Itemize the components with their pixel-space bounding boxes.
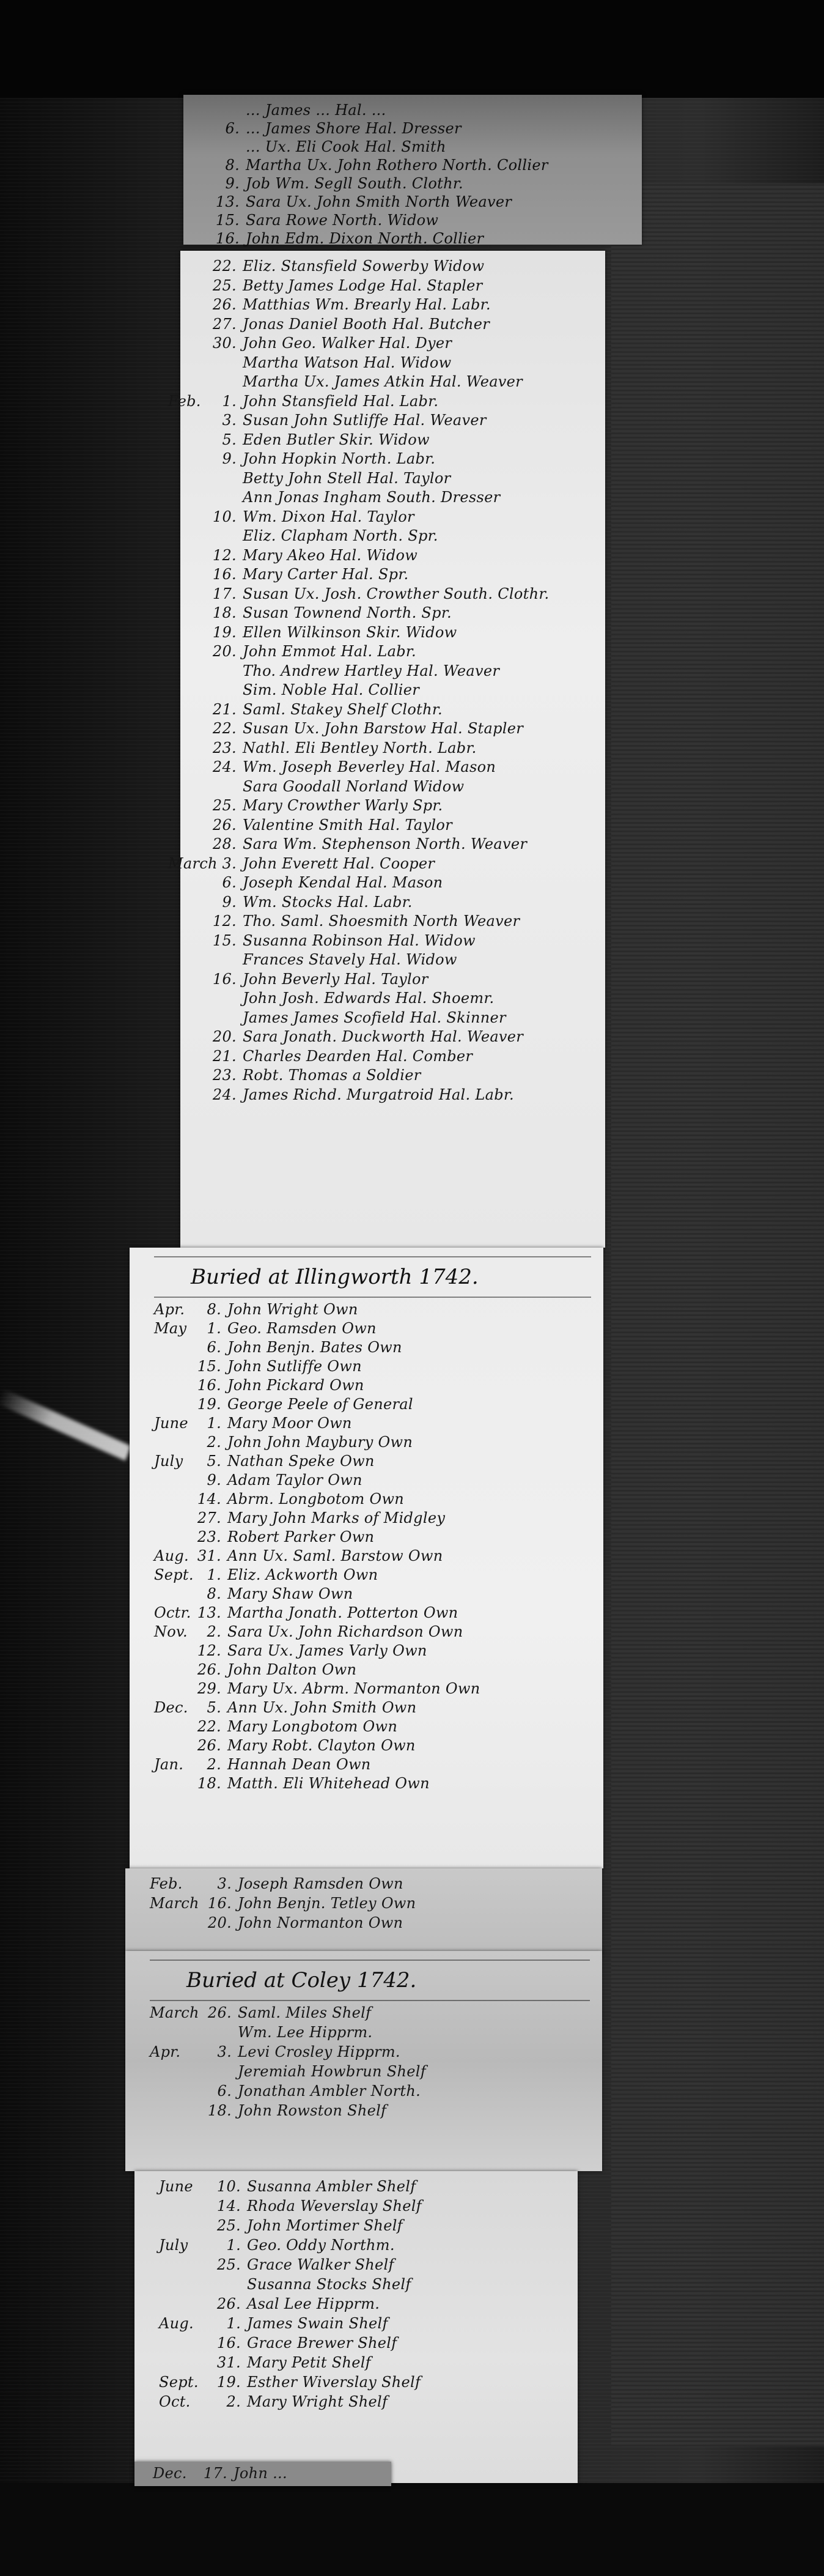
burial-entry: 21.Charles Dearden Hal. Comber xyxy=(205,1047,593,1067)
entry-day: 22. xyxy=(211,719,243,738)
entry-text: Saml. Stakey Shelf Clothr. xyxy=(243,700,443,719)
burial-entry: 23.Nathl. Eli Bentley North. Labr. xyxy=(205,739,593,758)
burial-entry: 22.Mary Longbotom Own xyxy=(154,1717,591,1736)
entry-month: Aug. xyxy=(159,2314,215,2333)
entry-text: Nathan Speke Own xyxy=(227,1452,375,1470)
burial-entry: 3.Susan John Sutliffe Hal. Weaver xyxy=(205,411,593,431)
burial-entry: 16.John Edm. Dixon North. Collier xyxy=(208,229,630,248)
entry-month: Dec. xyxy=(153,2464,202,2482)
entry-text: John Stansfield Hal. Labr. xyxy=(243,392,438,410)
burial-entry: 6.John Benjn. Bates Own xyxy=(154,1338,591,1357)
burial-entry: 17.Susan Ux. Josh. Crowther South. Cloth… xyxy=(205,585,593,604)
entry-day: 16. xyxy=(215,2334,247,2352)
burial-entry: Jan.2.Hannah Dean Own xyxy=(154,1755,591,1774)
entry-day: 2. xyxy=(215,2393,247,2411)
burial-entry: 31.Mary Petit Shelf xyxy=(159,2353,565,2373)
burial-entry: 19.George Peele of General xyxy=(154,1395,591,1414)
entry-day: 14. xyxy=(215,2197,247,2215)
burial-entry: James James Scofield Hal. Skinner xyxy=(205,1009,593,1028)
entry-text: John Josh. Edwards Hal. Shoemr. xyxy=(243,989,494,1007)
entry-day: 26. xyxy=(211,295,243,314)
entry-day: 22. xyxy=(211,257,243,275)
burial-entry: Sara Goodall Norland Widow xyxy=(205,777,593,797)
entry-day: 9. xyxy=(211,893,243,911)
entry-day: 3. xyxy=(206,2043,238,2061)
entry-month: Sept. xyxy=(154,1566,196,1584)
burial-entry: 6.... James Shore Hal. Dresser xyxy=(208,119,630,138)
entry-text: Asal Lee Hipprm. xyxy=(247,2295,380,2313)
entry-text: Susanna Robinson Hal. Widow xyxy=(243,931,476,950)
burial-entry: Aug.31.Ann Ux. Saml. Barstow Own xyxy=(154,1547,591,1566)
entry-month: Feb. xyxy=(168,392,211,410)
burial-entry: 12.Tho. Saml. Shoesmith North Weaver xyxy=(205,912,593,931)
burial-entry: 25.Betty James Lodge Hal. Stapler xyxy=(205,276,593,296)
burial-entry: Eliz. Clapham North. Spr. xyxy=(205,527,593,546)
entry-text: ... Ux. Eli Cook Hal. Smith xyxy=(246,138,446,156)
entry-month: Dec. xyxy=(154,1698,196,1717)
entry-text: Susan Townend North. Spr. xyxy=(243,604,452,622)
burial-entry: Martha Ux. James Atkin Hal. Weaver xyxy=(205,372,593,392)
entry-day: 16. xyxy=(196,1376,227,1394)
entry-day: 6. xyxy=(196,1338,227,1356)
entry-text: Sara Goodall Norland Widow xyxy=(243,777,464,796)
burial-entry: May1.Geo. Ramsden Own xyxy=(154,1319,591,1338)
entry-text: James Richd. Murgatroid Hal. Labr. xyxy=(243,1086,514,1104)
entry-text: Susan Ux. John Barstow Hal. Stapler xyxy=(243,719,523,738)
entry-day: 12. xyxy=(196,1641,227,1660)
entry-day: 13. xyxy=(214,193,246,211)
entry-text: John Wright Own xyxy=(227,1300,358,1319)
burial-entry: 2.John John Maybury Own xyxy=(154,1433,591,1452)
burial-entry: ... James ... Hal. ... xyxy=(208,101,630,119)
entry-text: Eliz. Ackworth Own xyxy=(227,1566,378,1584)
burial-entry: March26.Saml. Miles Shelf xyxy=(150,2004,590,2023)
entry-day: 1. xyxy=(211,392,243,410)
entry-day: 15. xyxy=(196,1357,227,1375)
burial-entry: Apr.8.John Wright Own xyxy=(154,1300,591,1319)
entry-day: 26. xyxy=(196,1660,227,1679)
entry-day: 2. xyxy=(196,1623,227,1641)
entry-day: 29. xyxy=(196,1679,227,1698)
entry-text: Grace Walker Shelf xyxy=(247,2256,394,2274)
entry-day: 8. xyxy=(196,1300,227,1319)
burial-entry: 25.Grace Walker Shelf xyxy=(159,2256,565,2275)
entry-text: Sim. Noble Hal. Collier xyxy=(243,681,419,699)
entry-text: Geo. Ramsden Own xyxy=(227,1319,377,1338)
entry-text: Sara Jonath. Duckworth Hal. Weaver xyxy=(243,1027,523,1046)
burial-entry: Sept.1.Eliz. Ackworth Own xyxy=(154,1566,591,1585)
entry-day: 3. xyxy=(211,854,243,873)
burial-entry: 26.Mary Robt. Clayton Own xyxy=(154,1736,591,1755)
burial-entry: Susanna Stocks Shelf xyxy=(159,2275,565,2295)
entry-day: 19. xyxy=(215,2373,247,2391)
burial-entry: Oct.2.Mary Wright Shelf xyxy=(159,2393,565,2412)
burial-entry: March3.John Everett Hal. Cooper xyxy=(205,854,593,874)
entry-text: George Peele of General xyxy=(227,1395,413,1413)
film-right-backing xyxy=(611,183,824,2446)
entry-day: 2. xyxy=(196,1755,227,1774)
burial-entry: 19.Ellen Wilkinson Skir. Widow xyxy=(205,623,593,643)
section-heading: Buried at Coley 1742. xyxy=(150,1963,590,1997)
burial-entry: 30.John Geo. Walker Hal. Dyer xyxy=(205,334,593,353)
register-slip-6: June10.Susanna Ambler Shelf14.Rhoda Weve… xyxy=(134,2171,578,2483)
burial-entry: 23.Robt. Thomas a Soldier xyxy=(205,1066,593,1086)
entry-text: John Hopkin North. Labr. xyxy=(243,450,435,468)
entry-text: James James Scofield Hal. Skinner xyxy=(243,1009,506,1027)
entry-day: 25. xyxy=(215,2216,247,2235)
entry-day: 9. xyxy=(214,174,246,193)
burial-entry: July1.Geo. Oddy Northm. xyxy=(159,2236,565,2256)
burial-entry: 8.Mary Shaw Own xyxy=(154,1585,591,1604)
entry-text: Betty James Lodge Hal. Stapler xyxy=(243,276,482,295)
burial-entry: ... Ux. Eli Cook Hal. Smith xyxy=(208,138,630,156)
burial-entry: 20.John Normanton Own xyxy=(150,1914,590,1933)
entry-text: Tho. Andrew Hartley Hal. Weaver xyxy=(243,662,499,680)
entry-day: 10. xyxy=(211,508,243,526)
entry-day: 12. xyxy=(211,912,243,930)
entry-text: Matth. Eli Whitehead Own xyxy=(227,1774,430,1793)
entry-text: John Benjn. Tetley Own xyxy=(238,1894,416,1912)
entry-day: 8. xyxy=(214,156,246,174)
entry-text: John Sutliffe Own xyxy=(227,1357,362,1375)
entry-text: Mary Carter Hal. Spr. xyxy=(243,565,408,583)
ruled-line xyxy=(154,1256,591,1257)
entry-text: Mary Robt. Clayton Own xyxy=(227,1736,416,1755)
burial-entry: Dec.5.Ann Ux. John Smith Own xyxy=(154,1698,591,1717)
burial-entry: 13.Sara Ux. John Smith North Weaver xyxy=(208,193,630,211)
entry-day: 22. xyxy=(196,1717,227,1736)
entry-text: Levi Crosley Hipprm. xyxy=(238,2043,400,2061)
entry-text: Mary Crowther Warly Spr. xyxy=(243,796,443,815)
entry-month: March xyxy=(150,2004,206,2022)
entry-text: Mary Petit Shelf xyxy=(247,2353,371,2372)
burial-entry: Ann Jonas Ingham South. Dresser xyxy=(205,488,593,508)
entry-text: Susanna Stocks Shelf xyxy=(247,2275,411,2293)
entry-text: Sara Wm. Stephenson North. Weaver xyxy=(243,835,527,853)
entry-day: 1. xyxy=(215,2314,247,2333)
entry-day: 6. xyxy=(214,119,246,138)
entry-month: July xyxy=(154,1452,196,1470)
entry-text: Eliz. Clapham North. Spr. xyxy=(243,527,438,545)
entry-day: 13. xyxy=(196,1604,227,1622)
burial-entry: June1.Mary Moor Own xyxy=(154,1414,591,1433)
entry-day: 17. xyxy=(211,585,243,603)
entry-text: John Everett Hal. Cooper xyxy=(243,854,435,873)
entry-text: Valentine Smith Hal. Taylor xyxy=(243,816,452,834)
entry-text: Wm. Joseph Beverley Hal. Mason xyxy=(243,758,496,776)
entry-day: 18. xyxy=(206,2101,238,2120)
burial-entry: 16.Mary Carter Hal. Spr. xyxy=(205,565,593,585)
entry-text: Sara Rowe North. Widow xyxy=(246,211,438,229)
burial-entry: 26.John Dalton Own xyxy=(154,1660,591,1679)
entry-day: 9. xyxy=(196,1471,227,1489)
burial-entry: Dec.17.John ... xyxy=(153,2464,391,2482)
burial-entry: 20.Sara Jonath. Duckworth Hal. Weaver xyxy=(205,1027,593,1047)
entry-month: June xyxy=(154,1414,196,1432)
entry-month: Oct. xyxy=(159,2393,215,2411)
burial-entry: Nov.2.Sara Ux. John Richardson Own xyxy=(154,1623,591,1641)
entry-text: Ann Jonas Ingham South. Dresser xyxy=(243,488,500,506)
entry-day: 15. xyxy=(214,211,246,229)
burial-entry: March16.John Benjn. Tetley Own xyxy=(150,1894,590,1914)
entry-day: 17. xyxy=(202,2464,234,2482)
burial-entry: 8.Martha Ux. John Rothero North. Collier xyxy=(208,156,630,174)
entry-day: 9. xyxy=(211,450,243,468)
entry-day: 21. xyxy=(211,700,243,719)
burial-entry: 18.Matth. Eli Whitehead Own xyxy=(154,1774,591,1793)
burial-entry: 22.Eliz. Stansfield Sowerby Widow xyxy=(205,257,593,276)
entry-text: Ellen Wilkinson Skir. Widow xyxy=(243,623,457,642)
burial-entry: 6.Joseph Kendal Hal. Mason xyxy=(205,873,593,893)
entry-text: Adam Taylor Own xyxy=(227,1471,362,1489)
burial-entry: Frances Stavely Hal. Widow xyxy=(205,950,593,970)
entry-text: John Mortimer Shelf xyxy=(247,2216,403,2235)
entry-text: John Emmot Hal. Labr. xyxy=(243,642,416,661)
burial-entry: 9.Adam Taylor Own xyxy=(154,1471,591,1490)
entry-text: Mary Akeo Hal. Widow xyxy=(243,546,418,564)
burial-entry: 10.Wm. Dixon Hal. Taylor xyxy=(205,508,593,527)
entry-day: 16. xyxy=(211,970,243,988)
entry-text: John ... xyxy=(234,2464,287,2482)
burial-entry: Feb.3.Joseph Ramsden Own xyxy=(150,1875,590,1894)
entry-text: Eden Butler Skir. Widow xyxy=(243,431,430,449)
burial-entry: June10.Susanna Ambler Shelf xyxy=(159,2177,565,2197)
entry-text: Sara Ux. John Richardson Own xyxy=(227,1623,463,1641)
entry-day: 12. xyxy=(211,546,243,564)
burial-entry: 5.Eden Butler Skir. Widow xyxy=(205,431,593,450)
register-slip-illingworth: Buried at Illingworth 1742.Apr.8.John Wr… xyxy=(130,1248,603,1868)
entry-month: Sept. xyxy=(159,2373,215,2391)
entry-day: 19. xyxy=(211,623,243,642)
entry-month: June xyxy=(159,2177,215,2196)
entry-day: 25. xyxy=(215,2256,247,2274)
entry-text: John Pickard Own xyxy=(227,1376,364,1394)
entry-text: Joseph Ramsden Own xyxy=(238,1875,403,1893)
burial-entry: 9.Wm. Stocks Hal. Labr. xyxy=(205,893,593,912)
burial-entry: 21.Saml. Stakey Shelf Clothr. xyxy=(205,700,593,720)
burial-entry: 28.Sara Wm. Stephenson North. Weaver xyxy=(205,835,593,854)
entry-text: Wm. Lee Hipprm. xyxy=(238,2023,372,2041)
entry-day: 31. xyxy=(196,1547,227,1565)
entry-month: July xyxy=(159,2236,215,2254)
entry-day: 6. xyxy=(206,2082,238,2100)
entry-text: Martha Jonath. Potterton Own xyxy=(227,1604,458,1622)
entry-text: Sara Ux. John Smith North Weaver xyxy=(246,193,512,211)
entry-month: Feb. xyxy=(150,1875,206,1893)
entry-text: Ann Ux. Saml. Barstow Own xyxy=(227,1547,443,1565)
entry-month: Octr. xyxy=(154,1604,196,1622)
ruled-line xyxy=(150,1960,590,1961)
entry-text: Frances Stavely Hal. Widow xyxy=(243,950,457,969)
entry-text: Mary Ux. Abrm. Normanton Own xyxy=(227,1679,480,1698)
register-slip-1: ... James ... Hal. ...6.... James Shore … xyxy=(183,95,642,245)
entry-text: Sara Ux. James Varly Own xyxy=(227,1641,427,1660)
entry-text: Esther Wiverslay Shelf xyxy=(247,2373,421,2391)
entry-day: 31. xyxy=(215,2353,247,2372)
entry-day: 26. xyxy=(196,1736,227,1755)
entry-day: 27. xyxy=(211,315,243,333)
entry-day: 23. xyxy=(196,1528,227,1546)
entry-text: ... James ... Hal. ... xyxy=(246,101,386,119)
burial-entry: July5.Nathan Speke Own xyxy=(154,1452,591,1471)
entry-day: 23. xyxy=(211,739,243,757)
entry-month: Aug. xyxy=(154,1547,196,1565)
burial-entry: 22.Susan Ux. John Barstow Hal. Stapler xyxy=(205,719,593,739)
entry-text: John Normanton Own xyxy=(238,1914,403,1932)
burial-entry: 18.Susan Townend North. Spr. xyxy=(205,604,593,623)
film-bottom-border xyxy=(0,2483,824,2576)
burial-entry: 24.James Richd. Murgatroid Hal. Labr. xyxy=(205,1086,593,1105)
entry-month: Apr. xyxy=(150,2043,206,2061)
burial-entry: 15.John Sutliffe Own xyxy=(154,1357,591,1376)
entry-day: 28. xyxy=(211,835,243,853)
entry-text: John John Maybury Own xyxy=(227,1433,413,1451)
entry-day: 27. xyxy=(196,1509,227,1527)
entry-text: John Beverly Hal. Taylor xyxy=(243,970,429,988)
burial-entry: 20.John Emmot Hal. Labr. xyxy=(205,642,593,662)
entry-day: 20. xyxy=(211,642,243,661)
entry-text: Mary Wright Shelf xyxy=(247,2393,388,2411)
entry-day: 6. xyxy=(211,873,243,892)
burial-entry: 18.John Rowston Shelf xyxy=(150,2101,590,2121)
ruled-line xyxy=(150,2000,590,2001)
burial-entry: Sim. Noble Hal. Collier xyxy=(205,681,593,700)
entry-text: Susan Ux. Josh. Crowther South. Clothr. xyxy=(243,585,549,603)
entry-day: 1. xyxy=(196,1319,227,1338)
burial-entry: 12.Sara Ux. James Varly Own xyxy=(154,1641,591,1660)
burial-entry: 23.Robert Parker Own xyxy=(154,1528,591,1547)
entry-day: 3. xyxy=(211,411,243,429)
entry-month: March xyxy=(168,854,211,873)
entry-day: 14. xyxy=(196,1490,227,1508)
burial-entry: 29.Mary Ux. Abrm. Normanton Own xyxy=(154,1679,591,1698)
entry-text: Saml. Miles Shelf xyxy=(238,2004,371,2022)
burial-entry: Jeremiah Howbrun Shelf xyxy=(150,2062,590,2082)
section-heading: Buried at Illingworth 1742. xyxy=(154,1260,591,1294)
entry-text: Abrm. Longbotom Own xyxy=(227,1490,404,1508)
burial-entry: 16.John Pickard Own xyxy=(154,1376,591,1395)
burial-entry: 26.Asal Lee Hipprm. xyxy=(159,2295,565,2314)
entry-day: 24. xyxy=(211,758,243,776)
entry-day: 25. xyxy=(211,796,243,815)
entry-text: Jonas Daniel Booth Hal. Butcher xyxy=(243,315,490,333)
entry-month: Nov. xyxy=(154,1623,196,1641)
entry-text: Job Wm. Segll South. Clothr. xyxy=(246,174,463,193)
entry-day: 1. xyxy=(196,1414,227,1432)
entry-day: 26. xyxy=(215,2295,247,2313)
entry-text: Charles Dearden Hal. Comber xyxy=(243,1047,473,1065)
register-slip-7: Dec.17.John ... xyxy=(134,2462,391,2486)
entry-text: Betty John Stell Hal. Taylor xyxy=(243,469,451,487)
entry-day: 26. xyxy=(206,2004,238,2022)
entry-text: Hannah Dean Own xyxy=(227,1755,371,1774)
entry-day: 23. xyxy=(211,1066,243,1084)
entry-day: 15. xyxy=(211,931,243,950)
burial-entry: 16.John Beverly Hal. Taylor xyxy=(205,970,593,990)
burial-entry: 14.Abrm. Longbotom Own xyxy=(154,1490,591,1509)
entry-day: 5. xyxy=(196,1698,227,1717)
entry-text: Mary Shaw Own xyxy=(227,1585,353,1603)
entry-text: Wm. Stocks Hal. Labr. xyxy=(243,893,413,911)
entry-day: 19. xyxy=(196,1395,227,1413)
entry-text: ... James Shore Hal. Dresser xyxy=(246,119,462,138)
register-slip-2: 22.Eliz. Stansfield Sowerby Widow25.Bett… xyxy=(180,251,605,1248)
entry-text: Robt. Thomas a Soldier xyxy=(243,1066,421,1084)
entry-text: Eliz. Stansfield Sowerby Widow xyxy=(243,257,484,275)
burial-entry: 9.Job Wm. Segll South. Clothr. xyxy=(208,174,630,193)
entry-text: Susanna Ambler Shelf xyxy=(247,2177,416,2196)
entry-text: Martha Watson Hal. Widow xyxy=(243,353,451,372)
entry-day: 18. xyxy=(196,1774,227,1793)
entry-text: Tho. Saml. Shoesmith North Weaver xyxy=(243,912,520,930)
entry-text: Mary John Marks of Midgley xyxy=(227,1509,445,1527)
entry-day: 18. xyxy=(211,604,243,622)
burial-entry: Apr.3.Levi Crosley Hipprm. xyxy=(150,2043,590,2062)
entry-text: Susan John Sutliffe Hal. Weaver xyxy=(243,411,487,429)
entry-month: March xyxy=(150,1894,206,1912)
entry-month: Apr. xyxy=(154,1300,196,1319)
burial-entry: 27.Jonas Daniel Booth Hal. Butcher xyxy=(205,315,593,335)
burial-entry: Sept.19.Esther Wiverslay Shelf xyxy=(159,2373,565,2393)
entry-day: 20. xyxy=(206,1914,238,1932)
entry-day: 5. xyxy=(211,431,243,449)
entry-text: Matthias Wm. Brearly Hal. Labr. xyxy=(243,295,491,314)
burial-entry: 9.John Hopkin North. Labr. xyxy=(205,450,593,469)
ruled-line xyxy=(154,1297,591,1298)
entry-text: John Benjn. Bates Own xyxy=(227,1338,402,1356)
entry-text: Grace Brewer Shelf xyxy=(247,2334,397,2352)
entry-day: 16. xyxy=(211,565,243,583)
burial-entry: 14.Rhoda Weverslay Shelf xyxy=(159,2197,565,2216)
entry-text: Martha Ux. James Atkin Hal. Weaver xyxy=(243,372,523,391)
entry-day: 1. xyxy=(196,1566,227,1584)
burial-entry: 25.Mary Crowther Warly Spr. xyxy=(205,796,593,816)
entry-text: Mary Moor Own xyxy=(227,1414,352,1432)
entry-day: 24. xyxy=(211,1086,243,1104)
film-top-border xyxy=(0,0,824,98)
burial-entry: Feb.1.John Stansfield Hal. Labr. xyxy=(205,392,593,412)
register-slip-4: Feb.3.Joseph Ramsden OwnMarch16.John Ben… xyxy=(125,1868,602,1954)
entry-text: Martha Ux. John Rothero North. Collier xyxy=(246,156,548,174)
entry-text: John Dalton Own xyxy=(227,1660,356,1679)
entry-text: Geo. Oddy Northm. xyxy=(247,2236,395,2254)
burial-entry: 26.Valentine Smith Hal. Taylor xyxy=(205,816,593,835)
entry-day: 20. xyxy=(211,1027,243,1046)
entry-text: John Rowston Shelf xyxy=(238,2101,386,2120)
entry-day: 3. xyxy=(206,1875,238,1893)
entry-day: 25. xyxy=(211,276,243,295)
burial-entry: 27.Mary John Marks of Midgley xyxy=(154,1509,591,1528)
burial-entry: Aug.1.James Swain Shelf xyxy=(159,2314,565,2334)
burial-entry: Betty John Stell Hal. Taylor xyxy=(205,469,593,489)
entry-text: Ann Ux. John Smith Own xyxy=(227,1698,416,1717)
entry-month: May xyxy=(154,1319,196,1338)
entry-day: 21. xyxy=(211,1047,243,1065)
burial-entry: 16.Grace Brewer Shelf xyxy=(159,2334,565,2353)
burial-entry: Octr.13.Martha Jonath. Potterton Own xyxy=(154,1604,591,1623)
entry-day: 16. xyxy=(214,229,246,248)
register-slip-coley: Buried at Coley 1742.March26.Saml. Miles… xyxy=(125,1951,602,2171)
entry-text: John Edm. Dixon North. Collier xyxy=(246,229,484,248)
entry-text: Robert Parker Own xyxy=(227,1528,374,1546)
burial-entry: 6.Jonathan Ambler North. xyxy=(150,2082,590,2101)
burial-entry: Martha Watson Hal. Widow xyxy=(205,353,593,373)
burial-entry: Wm. Lee Hipprm. xyxy=(150,2023,590,2043)
entry-text: Mary Longbotom Own xyxy=(227,1717,397,1736)
entry-month: Jan. xyxy=(154,1755,196,1774)
entry-text: Joseph Kendal Hal. Mason xyxy=(243,873,443,892)
burial-entry: 25.John Mortimer Shelf xyxy=(159,2216,565,2236)
